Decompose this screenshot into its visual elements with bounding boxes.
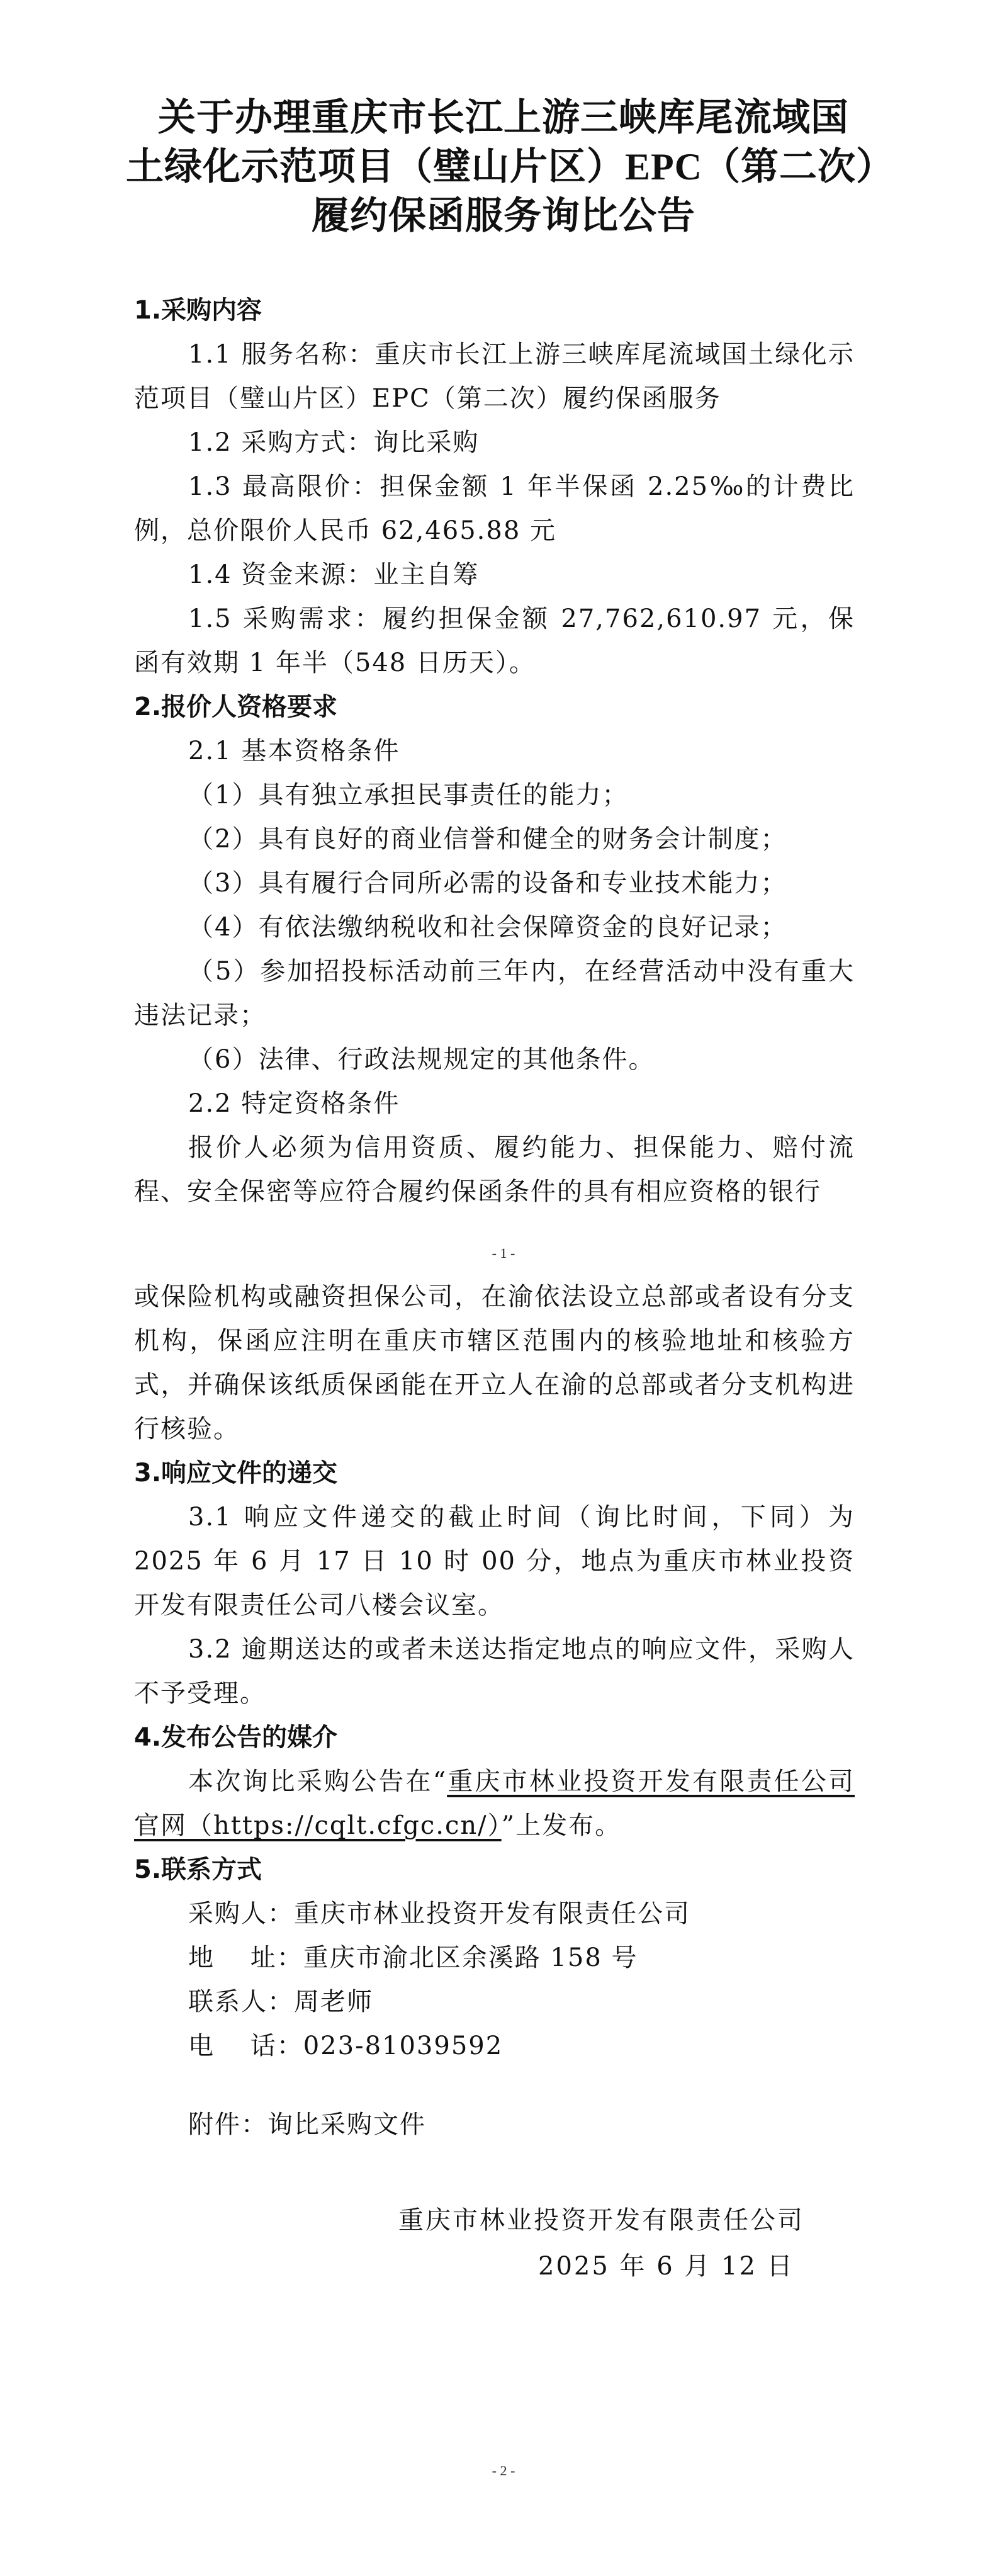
- item-1-2: 1.2 采购方式：询比采购: [134, 421, 855, 465]
- condition-6: （6）法律、行政法规规定的其他条件。: [134, 1037, 855, 1082]
- section-5-heading: 5.联系方式: [134, 1848, 855, 1892]
- item-1-3: 1.3 最高限价：担保金额 1 年半保函 2.25‰的计费比例，总价限价人民币 …: [134, 465, 855, 553]
- section-2-heading: 2.报价人资格要求: [134, 685, 855, 729]
- section-3-heading: 3.响应文件的递交: [134, 1451, 855, 1495]
- media-text-before: 本次询比采购公告在“: [188, 1767, 447, 1796]
- item-3-1: 3.1 响应文件递交的截止时间（询比时间，下同）为 2025 年 6 月 17 …: [134, 1495, 855, 1627]
- contact-value: 重庆市林业投资开发有限责任公司: [294, 1899, 690, 1928]
- sub-2-2-title: 2.2 特定资格条件: [134, 1082, 855, 1126]
- contact-value: 周老师: [294, 1987, 373, 2016]
- condition-3: （3）具有履行合同所必需的设备和专业技术能力；: [134, 861, 855, 905]
- page-2-body: 或保险机构或融资担保公司，在渝依法设立总部或者设有分支机构，保函应注明在重庆市辖…: [134, 1275, 855, 2068]
- contact-address: 地 址：重庆市渝北区余溪路 158 号: [134, 1936, 855, 1980]
- contact-label: 电 话：: [188, 2031, 303, 2060]
- item-3-2: 3.2 逾期送达的或者未送达指定地点的响应文件，采购人不予受理。: [134, 1627, 855, 1715]
- contact-value: 023-81039592: [303, 2031, 503, 2060]
- title-line-1: 关于办理重庆市长江上游三峡库尾流域国: [126, 93, 881, 142]
- contact-label: 地 址：: [188, 1943, 303, 1972]
- contact-phone: 电 话：023-81039592: [134, 2024, 855, 2068]
- contact-label: 联系人：: [188, 1987, 294, 2016]
- condition-4: （4）有依法缴纳税收和社会保障资金的良好记录；: [134, 905, 855, 949]
- media-text-after: ”上发布。: [502, 1811, 621, 1840]
- page-number-2: - 2 -: [0, 2463, 1007, 2479]
- condition-1: （1）具有独立承担民事责任的能力；: [134, 773, 855, 817]
- title-line-3: 履约保函服务询比公告: [126, 191, 881, 240]
- sub-2-2-text-part-2: 或保险机构或融资担保公司，在渝依法设立总部或者设有分支机构，保函应注明在重庆市辖…: [134, 1275, 855, 1451]
- contact-person: 联系人：周老师: [134, 1980, 855, 2024]
- title-line-2: 土绿化示范项目（璧山片区）EPC（第二次）: [126, 142, 881, 191]
- item-1-5: 1.5 采购需求：履约担保金额 27,762,610.97 元，保函有效期 1 …: [134, 597, 855, 685]
- contact-purchaser: 采购人：重庆市林业投资开发有限责任公司: [134, 1892, 855, 1936]
- attachment-note: 附件：询比采购文件: [188, 2104, 426, 2140]
- item-1-1: 1.1 服务名称：重庆市长江上游三峡库尾流域国土绿化示范项目（璧山片区）EPC（…: [134, 332, 855, 421]
- contact-label: 采购人：: [188, 1899, 294, 1928]
- signature-date: 2025 年 6 月 12 日: [538, 2246, 794, 2282]
- sub-2-1-title: 2.1 基本资格条件: [134, 729, 855, 773]
- signature-company: 重庆市林业投资开发有限责任公司: [398, 2200, 804, 2236]
- media-paragraph: 本次询比采购公告在“重庆市林业投资开发有限责任公司官网（https://cqlt…: [134, 1760, 855, 1848]
- sub-2-2-text-part-1: 报价人必须为信用资质、履约能力、担保能力、赔付流程、安全保密等应符合履约保函条件…: [134, 1126, 855, 1214]
- item-1-4: 1.4 资金来源：业主自筹: [134, 553, 855, 597]
- condition-5: （5）参加招投标活动前三年内，在经营活动中没有重大违法记录；: [134, 949, 855, 1037]
- page-number-1: - 1 -: [0, 1245, 1007, 1262]
- page-1-body: 1.采购内容 1.1 服务名称：重庆市长江上游三峡库尾流域国土绿化示范项目（璧山…: [134, 288, 855, 1214]
- section-4-heading: 4.发布公告的媒介: [134, 1715, 855, 1760]
- contact-value: 重庆市渝北区余溪路 158 号: [303, 1943, 638, 1972]
- document-title: 关于办理重庆市长江上游三峡库尾流域国 土绿化示范项目（璧山片区）EPC（第二次）…: [126, 93, 881, 240]
- section-1-heading: 1.采购内容: [134, 288, 855, 332]
- condition-2: （2）具有良好的商业信誉和健全的财务会计制度；: [134, 817, 855, 861]
